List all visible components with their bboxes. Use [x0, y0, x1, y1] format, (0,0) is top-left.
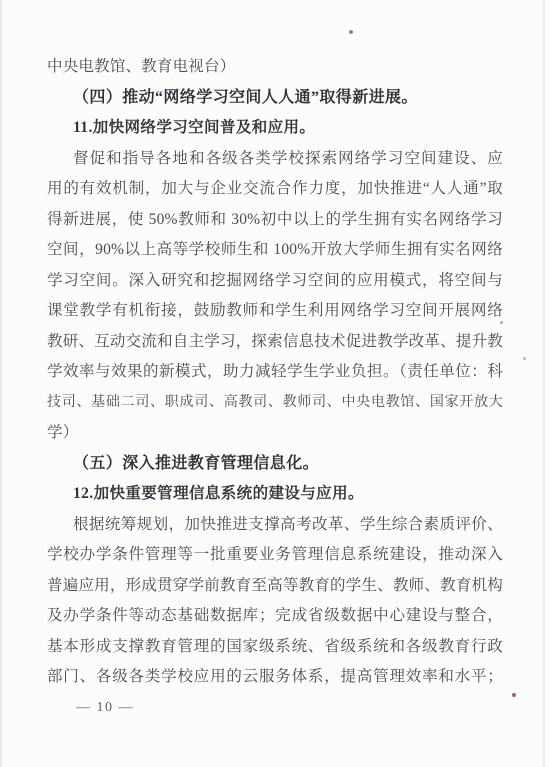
body-text-line: 学效率与效果的新模式，助力减轻学生学业负担。（责任单位：科 — [47, 357, 503, 388]
section-heading-4: （四）推动“网络学习空间人人通”取得新进展。 — [47, 83, 503, 114]
scan-speck — [500, 321, 503, 324]
body-text-line: 学校办学条件管理等一批重要业务管理信息系统建设，推动深入 — [47, 540, 503, 571]
body-text-line: 课堂教学有机衔接，鼓励教师和学生利用网络学习空间开展网络 — [47, 296, 503, 327]
scan-speck — [349, 30, 353, 34]
body-text-line: 及办学条件等动态基础数据库；完成省级数据中心建设与整合， — [47, 601, 503, 632]
body-text-line: 部门、各级各类学校应用的云服务体系，提高管理效率和水平； — [47, 662, 503, 693]
paragraph-continuation-line: 中央电教馆、教育电视台） — [47, 52, 503, 83]
scan-speck — [523, 357, 526, 360]
body-text-line: 用的有效机制，加大与企业交流合作力度，加快推进“人人通”取 — [47, 174, 503, 205]
item-heading-12: 12.加快重要管理信息系统的建设与应用。 — [47, 479, 503, 510]
body-text-line: 根据统筹规划，加快推进支撑高考改革、学生综合素质评价、 — [47, 510, 503, 541]
body-text-line: 教研、互动交流和自主学习，探索信息技术促进教学改革、提升教 — [47, 327, 503, 358]
body-text-line: 普遍应用，形成贯穿学前教育至高等教育的学生、教师、教育机构 — [47, 571, 503, 602]
scan-edge-shadow-left — [0, 0, 2, 767]
body-text-line: 技司、基础二司、职成司、高教司、教师司、中央电教馆、国家开放大 — [47, 388, 503, 419]
body-text-line: 督促和指导各地和各级各类学校探索网络学习空间建设、应 — [47, 144, 503, 175]
body-text-line: 学） — [47, 418, 503, 449]
body-text-line: 基本形成支撑教育管理的国家级系统、省级系统和各级教育行政 — [47, 632, 503, 663]
section-heading-5: （五）深入推进教育管理信息化。 — [47, 449, 503, 480]
document-page: 中央电教馆、教育电视台） （四）推动“网络学习空间人人通”取得新进展。 11.加… — [0, 0, 550, 767]
body-text-line: 学习空间。深入研究和挖掘网络学习空间的应用模式，将空间与 — [47, 266, 503, 297]
body-text-line: 得新进展，使 50%教师和 30%初中以上的学生拥有实名网络学习 — [47, 205, 503, 236]
item-heading-11: 11.加快网络学习空间普及和应用。 — [47, 113, 503, 144]
page-number: — 10 — — [47, 693, 503, 724]
scan-edge-line-right — [543, 0, 545, 767]
body-text-line: 空间，90%以上高等学校师生和 100%开放大学师生拥有实名网络 — [47, 235, 503, 266]
scan-speck — [512, 693, 516, 697]
